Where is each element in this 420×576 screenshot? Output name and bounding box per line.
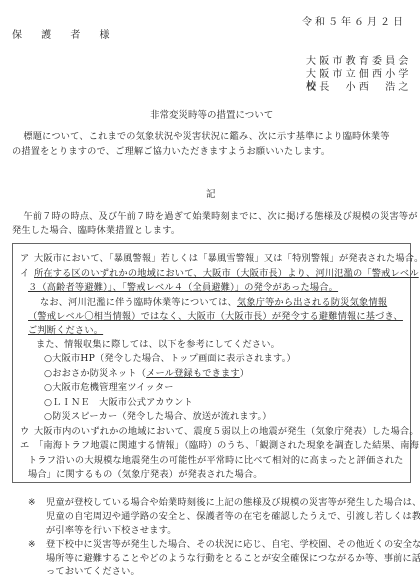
ki-heading: 記 (206, 186, 216, 200)
note-1-mark: ※ (28, 497, 46, 508)
criteria-line-1: 午前７時の時点、及び午前７時を過ぎて始業時刻までに、次に掲げる態様及び規模の災害… (14, 211, 418, 222)
addressee: 保 護 者 様 (12, 26, 118, 41)
sender-org: 大阪市教育委員会 (306, 56, 412, 68)
mail-registration-note: メール登録もできます (146, 368, 240, 379)
document-title: 非常変災時等の措置について (150, 107, 273, 121)
item-i-note-underlined-1: 気象庁等から出される防災気象情報 (237, 297, 387, 308)
source-crisis-twitter: ○大阪市危機管理室ツイッター (44, 382, 174, 393)
source-disaster-speaker: ○防災スピーカー（発令した場合、放送が流れます。） (44, 411, 272, 422)
note-1-text-1: 児童が登校している場合や始業時刻後に上記の態様及び規模の災害等が発生した場合は、 (46, 497, 420, 508)
item-e-line-2: トラフ沿いの大規模な地震発生の可能性が平常時に比べて相対的に高まったと評価された (28, 455, 404, 466)
item-e-line-3: 場合」に関するもの（気象庁発表）が発表された場合。 (28, 469, 263, 480)
item-i-note-1: なお、河川氾濫に伴う臨時休業等については、気象庁等から出される防災気象情報 (40, 297, 387, 308)
item-e-label: エ (20, 440, 34, 451)
item-e-line-1: エ「南海トラフ地震に関連する情報」（臨時）のうち、「観測された現象を調査した結果… (20, 440, 419, 451)
item-a: ア大阪市において、「暴風警報」若しくは「暴風雪警報」又は「特別警報」が発表された… (20, 253, 420, 264)
source-line-account: ○ＬＩＮＥ 大阪市公式アカウント (44, 397, 193, 408)
item-a-label: ア (20, 253, 34, 264)
document-date: 令和５年６月２日 (302, 13, 406, 28)
item-i-note-3: ご判断ください。 (28, 325, 103, 336)
note-2-mark: ※ (28, 539, 46, 550)
source-osaka-bousai-net-label: ○おおさか防災ネット（ (44, 368, 146, 379)
criteria-line-2: 発生した場合、臨時休業措置とします。 (12, 225, 180, 236)
item-i-note-underlined-3: ご判断ください。 (28, 325, 103, 336)
item-i-line-2: ３（高齢者等避難）」、「警戒レベル４（全員避難）」の発令があった場合。 (28, 282, 338, 293)
item-i-note-2: （警戒レベル〇相当情報）ではなく、大阪市（大阪市長）が発令する避難情報に基づき、 (28, 311, 403, 322)
note-1-line-3: が引率等を行い下校させます。 (46, 525, 177, 536)
note-2-line-1: ※登下校中に災害等が発生した場合、その状況に応じ、自宅、学校園、その他近くの安全… (28, 539, 420, 550)
info-intro: また、情報収集に際しては、以下を参考にしてください。 (36, 339, 280, 350)
item-e-text-1: 「南海トラフ地震に関連する情報」（臨時）のうち、「観測された現象を調査した結果、… (34, 440, 419, 451)
item-a-text: 大阪市において、「暴風警報」若しくは「暴風雪警報」又は「特別警報」が発表された場… (34, 253, 420, 264)
item-i-note-prefix: なお、河川氾濫に伴う臨時休業等については、 (40, 297, 237, 308)
note-1-line-1: ※児童が登校している場合や始業時刻後に上記の態様及び規模の災害等が発生した場合は… (28, 497, 420, 508)
note-2-text-1: 登下校中に災害等が発生した場合、その状況に応じ、自宅、学校園、その他近くの安全な (46, 539, 420, 550)
source-osaka-city-hp: ○大阪市HP（発令した場合、トップ画面に表示されます。） (44, 353, 296, 364)
item-u-label: ウ (20, 426, 34, 437)
intro-line-1: 標題について、これまでの気象状況や災害状況に鑑み、次に示す基準により臨時休業等 (14, 131, 390, 142)
sender-principal: 校長 小西 浩之 (306, 82, 412, 94)
item-i-note-underlined-2: （警戒レベル〇相当情報）ではなく、大阪市（大阪市長）が発令する避難情報に基づき、 (28, 311, 403, 322)
item-u-text: 大阪市内のいずれかの地域において、震度５弱以上の地震が発生（気象庁発表）した場合… (34, 426, 419, 437)
item-u: ウ大阪市内のいずれかの地域において、震度５弱以上の地震が発生（気象庁発表）した場… (20, 426, 419, 437)
mail-note-close: ） (240, 368, 249, 379)
note-2-line-3: っておいてください。 (46, 566, 140, 576)
note-2-line-2: 場所等に避難することやどのような行動をとることが安全確保につながるか等、事前に話… (46, 553, 420, 564)
note-1-line-2: 児童の自宅周辺や通学路の安全と、保護者等の在宅を確認したうえで、引渡し若しくは教… (46, 511, 420, 522)
item-i-label: イ (20, 268, 34, 279)
item-i-text-1: 所在する区のいずれかの地域において、大阪市（大阪市長）より、河川氾濫の「警戒レベ… (34, 268, 419, 279)
source-osaka-bousai-net: ○おおさか防災ネット（メール登録もできます） (44, 368, 249, 379)
item-i-text-2: ３（高齢者等避難）」、「警戒レベル４（全員避難）」の発令があった場合。 (28, 282, 338, 293)
intro-line-2: の措置をとりますので、ご理解ご協力いただきますようお願いいたします。 (12, 146, 330, 157)
item-i-line-1: イ所在する区のいずれかの地域において、大阪市（大阪市長）より、河川氾濫の「警戒レ… (20, 268, 419, 279)
